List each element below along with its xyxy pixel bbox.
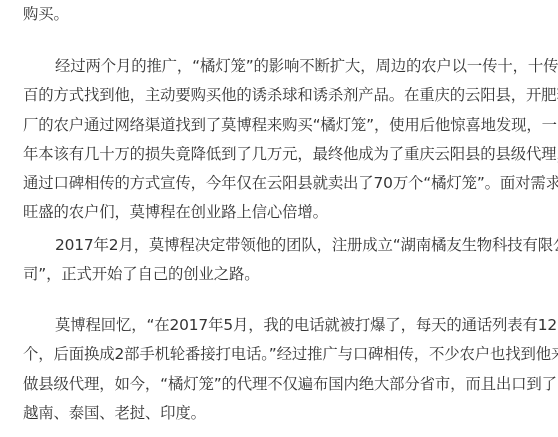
paragraph-company-founding: 2017年2月，莫博程决定带领他的团队，注册成立“湖南橘友生物科技有限公 司”，… [23,231,539,290]
text-line: 个，后面换成2部手机轮番接打电话。”经过推广与口碑相传，不少农户也找到他来 [23,340,539,369]
paragraph-continuation: 购买。 [23,0,539,29]
text-line: 经过两个月的推广，“橘灯笼”的影响不断扩大，周边的农户以一传十，十传 [23,52,539,81]
text-line: 旺盛的农户们，莫博程在创业路上信心倍增。 [23,198,539,227]
text-line: 年本该有几十万的损失竟降低到了几万元，最终他成为了重庆云阳县的县级代理， [23,140,539,169]
text-line: 做县级代理，如今，“橘灯笼”的代理不仅遍布国内绝大部分省市，而且出口到了 [23,370,539,399]
text-line: 百的方式找到他，主动要购买他的诱杀球和诱杀剂产品。在重庆的云阳县，开肥料 [23,81,539,110]
text-line: 莫博程回忆，“在2017年5月，我的电话就被打爆了，每天的通话列表有120 [23,311,539,340]
text-line: 司”，正式开始了自己的创业之路。 [23,260,539,289]
text-line: 通过口碑相传的方式宣传，今年仅在云阳县就卖出了70万个“橘灯笼”。面对需求 [23,169,539,198]
text-line: 越南、泰国、老挝、印度。 [23,399,539,428]
paragraph-promotion: 经过两个月的推广，“橘灯笼”的影响不断扩大，周边的农户以一传十，十传 百的方式找… [23,52,539,228]
paragraph-recollection: 莫博程回忆，“在2017年5月，我的电话就被打爆了，每天的通话列表有120 个，… [23,311,539,428]
text-line: 2017年2月，莫博程决定带领他的团队，注册成立“湖南橘友生物科技有限公 [23,231,539,260]
text-line: 购买。 [23,0,539,29]
article-body: 购买。 经过两个月的推广，“橘灯笼”的影响不断扩大，周边的农户以一传十，十传 百… [0,0,558,437]
text-line: 厂的农户通过网络渠道找到了莫博程来购买“橘灯笼”，使用后他惊喜地发现，一 [23,111,539,140]
